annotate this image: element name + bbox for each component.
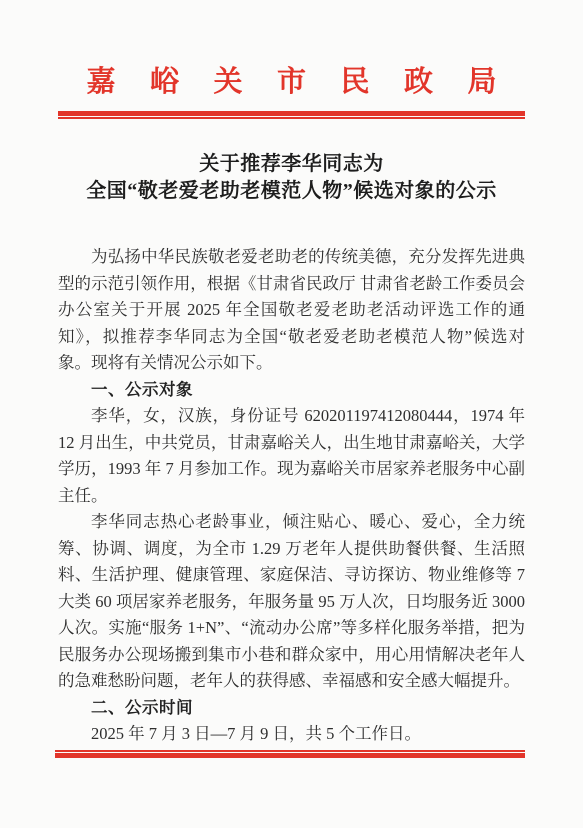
- paragraph-intro: 为弘扬中华民族敬老爱老助老的传统美德，充分发挥先进典型的示范引领作用，根据《甘肃…: [58, 244, 525, 377]
- document-title-line-2: 全国“敬老爱老助老模范人物”候选对象的公示: [58, 178, 525, 205]
- paragraph-candidate-achievements: 李华同志热心老龄事业，倾注贴心、暖心、爱心，全力统筹、协调、调度，为全市 1.2…: [58, 509, 525, 695]
- paragraph-candidate-profile: 李华，女，汉族，身份证号 620201197412080444，1974 年 1…: [58, 403, 525, 509]
- letterhead-divider-thin-line: [58, 117, 525, 119]
- document-title-line-1: 关于推荐李华同志为: [58, 151, 525, 178]
- document-title: 关于推荐李华同志为 全国“敬老爱老助老模范人物”候选对象的公示: [58, 151, 525, 205]
- footer-divider-thick-line: [55, 753, 525, 758]
- document-body: 为弘扬中华民族敬老爱老助老的传统美德，充分发挥先进典型的示范引领作用，根据《甘肃…: [58, 244, 525, 748]
- paragraph-publicity-period: 2025 年 7 月 3 日—7 月 9 日，共 5 个工作日。: [58, 721, 525, 748]
- document-page: 嘉 峪 关 市 民 政 局 关于推荐李华同志为 全国“敬老爱老助老模范人物”候选…: [0, 0, 583, 828]
- letterhead-divider-thick-line: [58, 111, 525, 116]
- section-1-heading: 一、公示对象: [58, 377, 525, 404]
- letterhead: 嘉 峪 关 市 民 政 局: [58, 66, 525, 119]
- agency-name: 嘉 峪 关 市 民 政 局: [58, 66, 535, 98]
- section-2-heading: 二、公示时间: [58, 695, 525, 722]
- footer-divider-thin-line: [55, 750, 525, 752]
- footer-divider: [55, 750, 525, 758]
- letterhead-divider: [58, 111, 525, 119]
